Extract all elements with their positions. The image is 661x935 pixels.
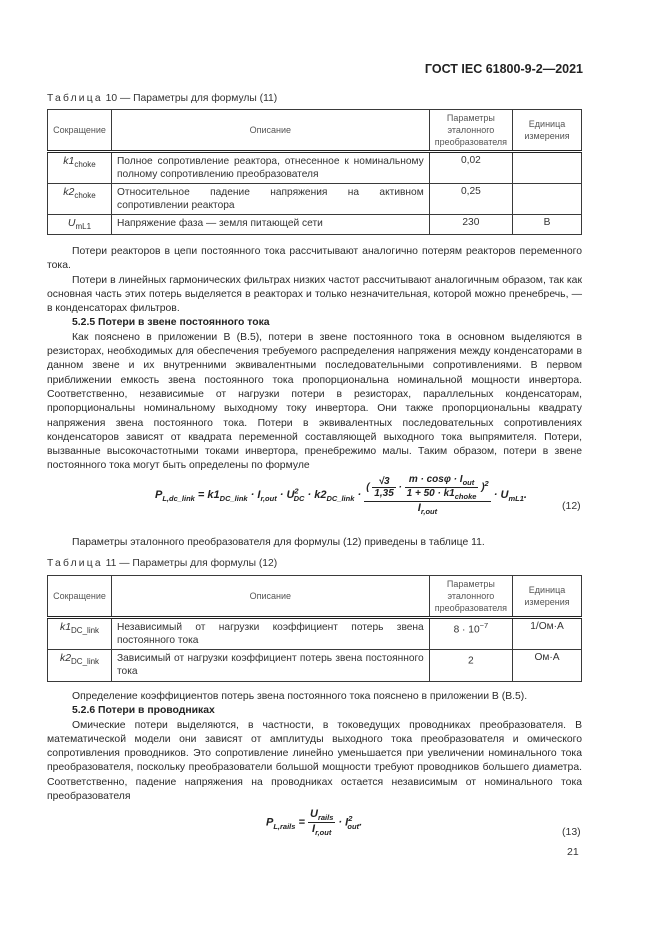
paragraph: Как пояснено в приложении В (В.5), потер… <box>47 331 582 474</box>
value-cell: 2 <box>429 650 512 682</box>
body-section-1: Потери реакторов в цепи постоянного тока… <box>47 245 582 474</box>
equation-number-13: (13) <box>562 826 581 838</box>
unit-cell <box>513 184 582 215</box>
paragraph: Определение коэффициентов потерь звена п… <box>47 690 582 704</box>
paragraph: Омические потери выделяются, в частности… <box>47 719 582 805</box>
col-header-abbr: Сокращение <box>48 110 112 152</box>
table-10-caption: Таблица 10 — Параметры для формулы (11) <box>47 93 277 104</box>
table-row: k1DC_link Независимый от нагрузки коэффи… <box>48 618 582 650</box>
unit-cell: 1/Ом·А <box>513 618 582 650</box>
page-number: 21 <box>567 846 579 858</box>
col-header-unit: Единица измерения <box>513 110 582 152</box>
description-cell: Полное сопротивление реактора, отнесенно… <box>111 152 429 184</box>
formula-13: PL,rails = Urails Ir,out · I2out. <box>266 808 362 837</box>
table-10: Сокращение Описание Параметры эталонного… <box>47 109 582 235</box>
unit-cell: Ом·А <box>513 650 582 682</box>
col-header-abbr: Сокращение <box>48 576 112 618</box>
paragraph: Параметры эталонного преобразователя для… <box>47 536 582 550</box>
table-11-caption: Таблица 11 — Параметры для формулы (12) <box>47 558 277 569</box>
col-header-unit: Единица измерения <box>513 576 582 618</box>
table-11: Сокращение Описание Параметры эталонного… <box>47 575 582 682</box>
section-heading-5-2-5: 5.2.5 Потери в звене постоянного тока <box>47 316 582 330</box>
description-cell: Напряжение фаза — земля питающей сети <box>111 215 429 235</box>
description-cell: Относительное падение напряжения на акти… <box>111 184 429 215</box>
caption-text: 10 — Параметры для формулы (11) <box>106 93 278 104</box>
paragraph: Потери реакторов в цепи постоянного тока… <box>47 245 582 274</box>
value-cell: 0,02 <box>429 152 512 184</box>
abbr-cell: k1DC_link <box>48 618 112 650</box>
caption-text: 11 — Параметры для формулы (12) <box>106 558 278 569</box>
body-section-3: Определение коэффициентов потерь звена п… <box>47 690 582 804</box>
table-row: k1choke Полное сопротивление реактора, о… <box>48 152 582 184</box>
paragraph: Потери в линейных гармонических фильтрах… <box>47 274 582 317</box>
table-header-row: Сокращение Описание Параметры эталонного… <box>48 576 582 618</box>
abbr-cell: k2choke <box>48 184 112 215</box>
abbr-cell: k2DC_link <box>48 650 112 682</box>
description-cell: Зависимый от нагрузки коэффициент потерь… <box>111 650 429 682</box>
table-header-row: Сокращение Описание Параметры эталонного… <box>48 110 582 152</box>
value-cell: 0,25 <box>429 184 512 215</box>
value-cell: 230 <box>429 215 512 235</box>
formula-12-fraction: ( √31,35 · m · cosφ · Iout1 + 50 · k1cho… <box>364 474 491 516</box>
caption-label: Таблица <box>47 93 103 104</box>
col-header-reference-params: Параметры эталонного преобразователя <box>429 576 512 618</box>
section-heading-5-2-6: 5.2.6 Потери в проводниках <box>47 704 582 718</box>
table-row: k2choke Относительное падение напряжения… <box>48 184 582 215</box>
col-header-description: Описание <box>111 576 429 618</box>
document-header: ГОСТ IEC 61800-9-2—2021 <box>400 62 583 76</box>
col-header-reference-params: Параметры эталонного преобразователя <box>429 110 512 152</box>
body-section-2: Параметры эталонного преобразователя для… <box>47 536 582 550</box>
table-row: k2DC_link Зависимый от нагрузки коэффици… <box>48 650 582 682</box>
caption-label: Таблица <box>47 558 103 569</box>
unit-cell <box>513 152 582 184</box>
equation-number-12: (12) <box>562 500 581 512</box>
abbr-cell: UmL1 <box>48 215 112 235</box>
abbr-cell: k1choke <box>48 152 112 184</box>
col-header-description: Описание <box>111 110 429 152</box>
table-row: UmL1 Напряжение фаза — земля питающей се… <box>48 215 582 235</box>
description-cell: Независимый от нагрузки коэффициент поте… <box>111 618 429 650</box>
unit-cell: В <box>513 215 582 235</box>
formula-12: PL,dc_link = k1DC_link · Ir,out · U2DC ·… <box>155 474 527 516</box>
value-cell: 8 · 10−7 <box>429 618 512 650</box>
